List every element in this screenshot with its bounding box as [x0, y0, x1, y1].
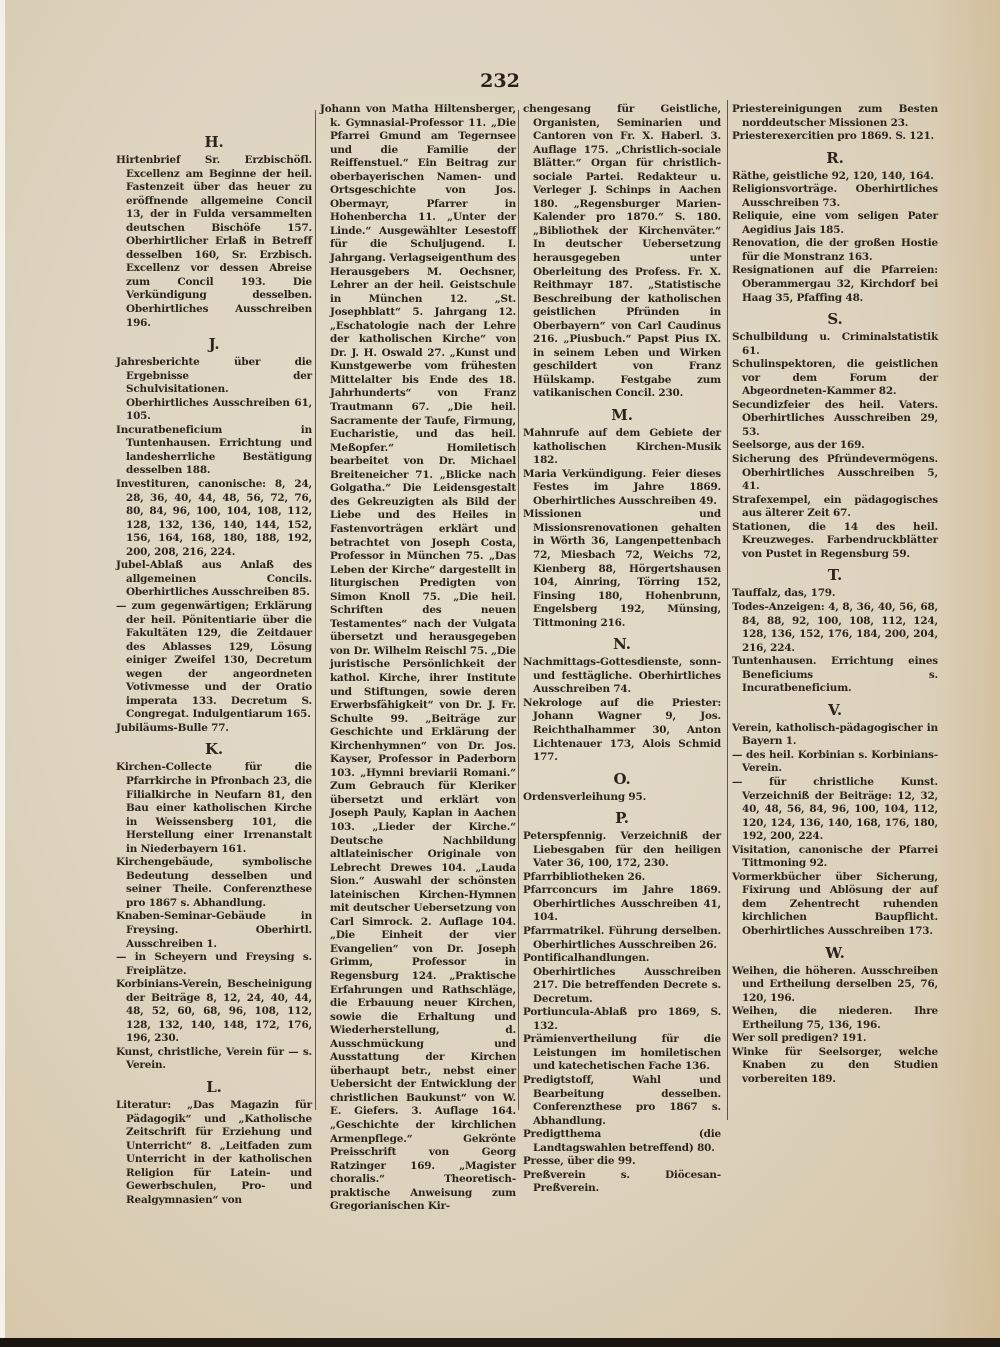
index-entry: Incuratbeneficium in Tuntenhausen. Erric… — [116, 424, 312, 478]
index-entry: Kirchengebäude, symbolische Bedeutung de… — [116, 856, 312, 910]
index-entry: Tauffalz, das, 179. — [732, 587, 938, 601]
index-entry: Priestereinigungen zum Besten norddeutsc… — [732, 103, 938, 130]
index-entry: Hirtenbrief Sr. Erzbischöfl. Excellenz a… — [116, 154, 312, 330]
index-entry: Peterspfennig. Verzeichniß der Liebesgab… — [523, 830, 721, 871]
column-divider — [518, 110, 519, 1110]
index-entry: Reliquie, eine vom seligen Pater Aegidiu… — [732, 210, 938, 237]
index-entry: Kunst, christliche, Verein für — s. Vere… — [116, 1046, 312, 1073]
index-entry: Priesterexercitien pro 1869. S. 121. — [732, 130, 938, 144]
column-divider — [727, 100, 728, 1120]
index-entry: Schulinspektoren, die geistlichen vor de… — [732, 358, 938, 399]
section-letter-heading: V. — [732, 701, 938, 719]
index-entry: — für christliche Kunst. Verzeichniß der… — [732, 776, 938, 844]
index-entry: Predigtstoff, Wahl und Bearbeitung desse… — [523, 1074, 721, 1128]
index-entry: Sicherung des Pfründevermögens. Oberhirt… — [732, 453, 938, 494]
index-entry: Stationen, die 14 des heil. Kreuzweges. … — [732, 521, 938, 562]
index-column-3: chengesang für Geistliche, Organisten, S… — [523, 103, 721, 1196]
index-entry: Literatur: „Das Magazin für Pädagogik“ u… — [116, 1099, 312, 1207]
index-entry: Preßverein s. Diöcesan-Preßverein. — [523, 1169, 721, 1196]
index-entry: Schulbildung u. Criminalstatistik 61. — [732, 331, 938, 358]
page-number: 232 — [0, 70, 1000, 92]
index-entry: Nekrologe auf die Priester: Johann Wagne… — [523, 697, 721, 765]
index-entry: Knaben-Seminar-Gebäude in Freysing. Ober… — [116, 910, 312, 951]
index-column-1: H.Hirtenbrief Sr. Erzbischöfl. Excellenz… — [116, 128, 312, 1207]
index-entry: chengesang für Geistliche, Organisten, S… — [523, 103, 721, 401]
section-letter-heading: O. — [523, 770, 721, 788]
index-entry: — zum gegenwärtigen; Erklärung der heil.… — [116, 600, 312, 722]
column-divider — [315, 110, 316, 1110]
index-entry: — des heil. Korbinian s. Korbinians-Vere… — [732, 749, 938, 776]
index-entry: Weihen, die niederen. Ihre Ertheilung 75… — [732, 1005, 938, 1032]
index-entry: Wer soll predigen? 191. — [732, 1032, 938, 1046]
section-letter-heading: M. — [523, 406, 721, 424]
section-letter-heading: T. — [732, 566, 938, 584]
index-entry: Maria Verkündigung. Feier dieses Festes … — [523, 468, 721, 509]
index-entry: Resignationen auf die Pfarreien: Oberamm… — [732, 264, 938, 305]
index-entry: Jahresberichte über die Ergebnisse der S… — [116, 356, 312, 424]
scanned-page: 232 H.Hirtenbrief Sr. Erzbischöfl. Excel… — [0, 0, 1000, 1338]
index-column-4: Priestereinigungen zum Besten norddeutsc… — [732, 103, 938, 1086]
index-entry: Jubel-Ablaß aus Anlaß des allgemeinen Co… — [116, 559, 312, 600]
index-entry: Pfarrconcurs im Jahre 1869. Oberhirtlich… — [523, 884, 721, 925]
page-edge — [0, 0, 5, 1338]
index-entry: Religionsvorträge. Oberhirtliches Aussch… — [732, 183, 938, 210]
index-entry: Johann von Matha Hiltensberger, k. Gymna… — [320, 103, 516, 1214]
index-entry: Pfarrbibliotheken 26. — [523, 871, 721, 885]
index-entry: Seelsorge, aus der 169. — [732, 439, 938, 453]
index-entry: — in Scheyern und Freysing s. Freiplätze… — [116, 951, 312, 978]
index-entry: Weihen, die höheren. Ausschreiben und Er… — [732, 965, 938, 1006]
index-entry: Räthe, geistliche 92, 120, 140, 164. — [732, 170, 938, 184]
section-letter-heading: W. — [732, 944, 938, 962]
section-letter-heading: P. — [523, 809, 721, 827]
index-entry: Vormerkbücher über Sicherung, Fixirung u… — [732, 871, 938, 939]
index-entry: Pfarrmatrikel. Führung derselben. Oberhi… — [523, 925, 721, 952]
section-letter-heading: H. — [116, 133, 312, 151]
index-entry: Korbinians-Verein, Bescheinigung der Bei… — [116, 978, 312, 1046]
index-entry: Nachmittags-Gottesdienste, sonn- und fes… — [523, 656, 721, 697]
index-entry: Visitation, canonische der Pfarrei Tittm… — [732, 844, 938, 871]
index-entry: Winke für Seelsorger, welche Knaben zu d… — [732, 1046, 938, 1087]
index-column-2: Johann von Matha Hiltensberger, k. Gymna… — [320, 103, 516, 1214]
index-entry: Tuntenhausen. Errichtung eines Beneficiu… — [732, 655, 938, 696]
index-entry: Portiuncula-Ablaß pro 1869, S. 132. — [523, 1006, 721, 1033]
index-entry: Verein, katholisch-pädagogischer in Baye… — [732, 722, 938, 749]
index-entry: Investituren, canonische: 8, 24, 28, 36,… — [116, 478, 312, 559]
index-entry: Presse, über die 99. — [523, 1155, 721, 1169]
index-entry: Predigtthema (die Landtagswahlen betreff… — [523, 1128, 721, 1155]
index-entry: Mahnrufe auf dem Gebiete der katholische… — [523, 427, 721, 468]
index-entry: Prämienvertheilung für die Leistungen im… — [523, 1033, 721, 1074]
index-entry: Jubiläums-Bulle 77. — [116, 722, 312, 736]
index-entry: Renovation, die der großen Hostie für di… — [732, 237, 938, 264]
section-letter-heading: N. — [523, 635, 721, 653]
index-entry: Kirchen-Collecte für die Pfarrkirche in … — [116, 761, 312, 856]
section-letter-heading: K. — [116, 740, 312, 758]
index-entry: Missionen und Missionsrenovationen gehal… — [523, 508, 721, 630]
index-entry: Ordensverleihung 95. — [523, 791, 721, 805]
section-letter-heading: S. — [732, 310, 938, 328]
section-letter-heading: R. — [732, 149, 938, 167]
section-letter-heading: J. — [116, 335, 312, 353]
index-entry: Todes-Anzeigen: 4, 8, 36, 40, 56, 68, 84… — [732, 601, 938, 655]
section-letter-heading: L. — [116, 1078, 312, 1096]
index-entry: Secundizfeier des heil. Vaters. Oberhirt… — [732, 399, 938, 440]
index-entry: Strafexempel, ein pädagogisches aus älte… — [732, 494, 938, 521]
index-entry: Pontificalhandlungen. Oberhirtliches Aus… — [523, 952, 721, 1006]
